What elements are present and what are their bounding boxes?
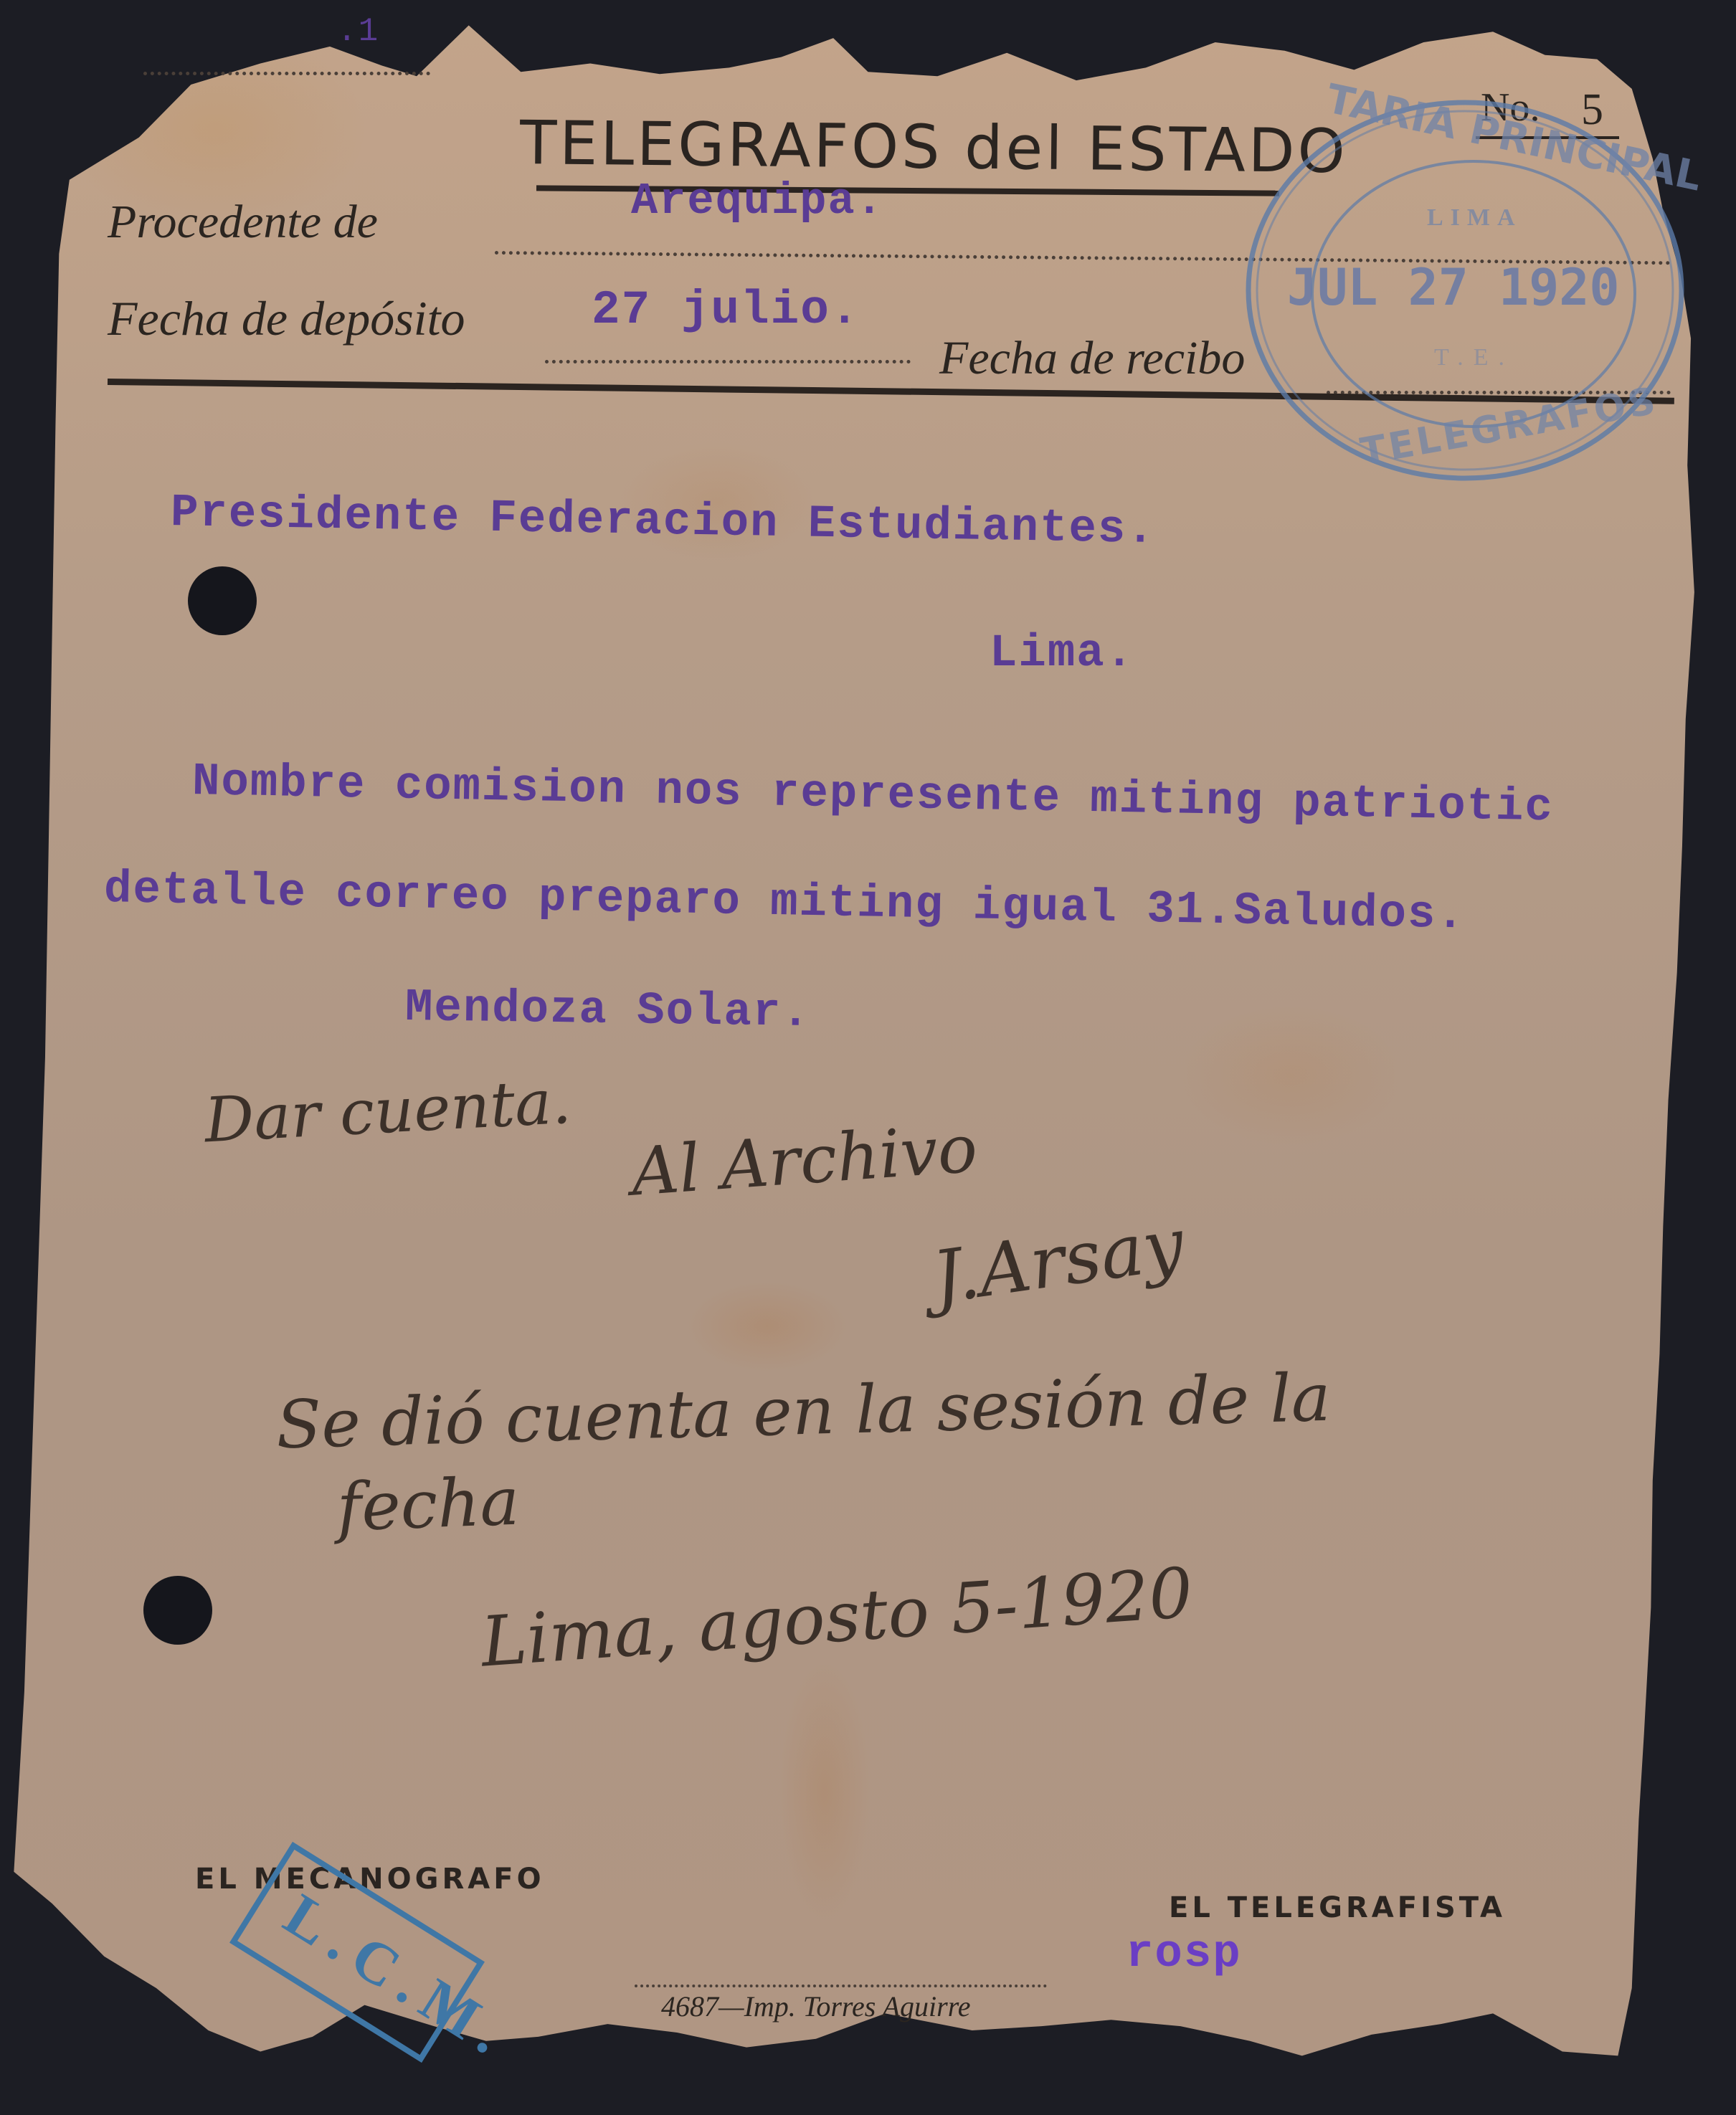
receipt-date-label: Fecha de recibo <box>939 331 1245 386</box>
postmark-city: LIMA <box>1427 204 1522 232</box>
origin-label: Procedente de <box>108 195 378 249</box>
postmark-stamp: TARIA PRINCIPAL LIMA JUL 27 1920 T.E. TE… <box>1237 86 1696 488</box>
deposit-dotted-line <box>545 360 911 363</box>
printer-mark: 4687—Imp. Torres Aguirre <box>661 1990 971 2023</box>
postmark-lower-text: T.E. <box>1434 344 1514 371</box>
corner-mark: .1 <box>337 13 379 50</box>
punch-hole-bottom <box>143 1576 212 1645</box>
telegraphist-label: EL TELEGRAFISTA <box>1169 1891 1506 1924</box>
message-city: Lima. <box>990 628 1134 680</box>
origin-value: Arequipa. <box>631 176 884 227</box>
form-title: TELEGRAFOS del ESTADO <box>519 108 1348 186</box>
annotation-sesion-line-2: fecha <box>336 1463 521 1546</box>
deposit-date-value: 27 julio. <box>592 283 860 337</box>
deposit-date-label: Fecha de depósito <box>108 290 465 347</box>
message-signature: Mendoza Solar. <box>404 982 811 1040</box>
telegraphist-code: rosp <box>1126 1929 1242 1980</box>
postmark-date: JUL 27 1920 <box>1287 258 1620 317</box>
punch-hole-top <box>188 566 257 635</box>
corner-dotted-line <box>143 72 430 75</box>
printer-dotted-line <box>635 1985 1047 1987</box>
